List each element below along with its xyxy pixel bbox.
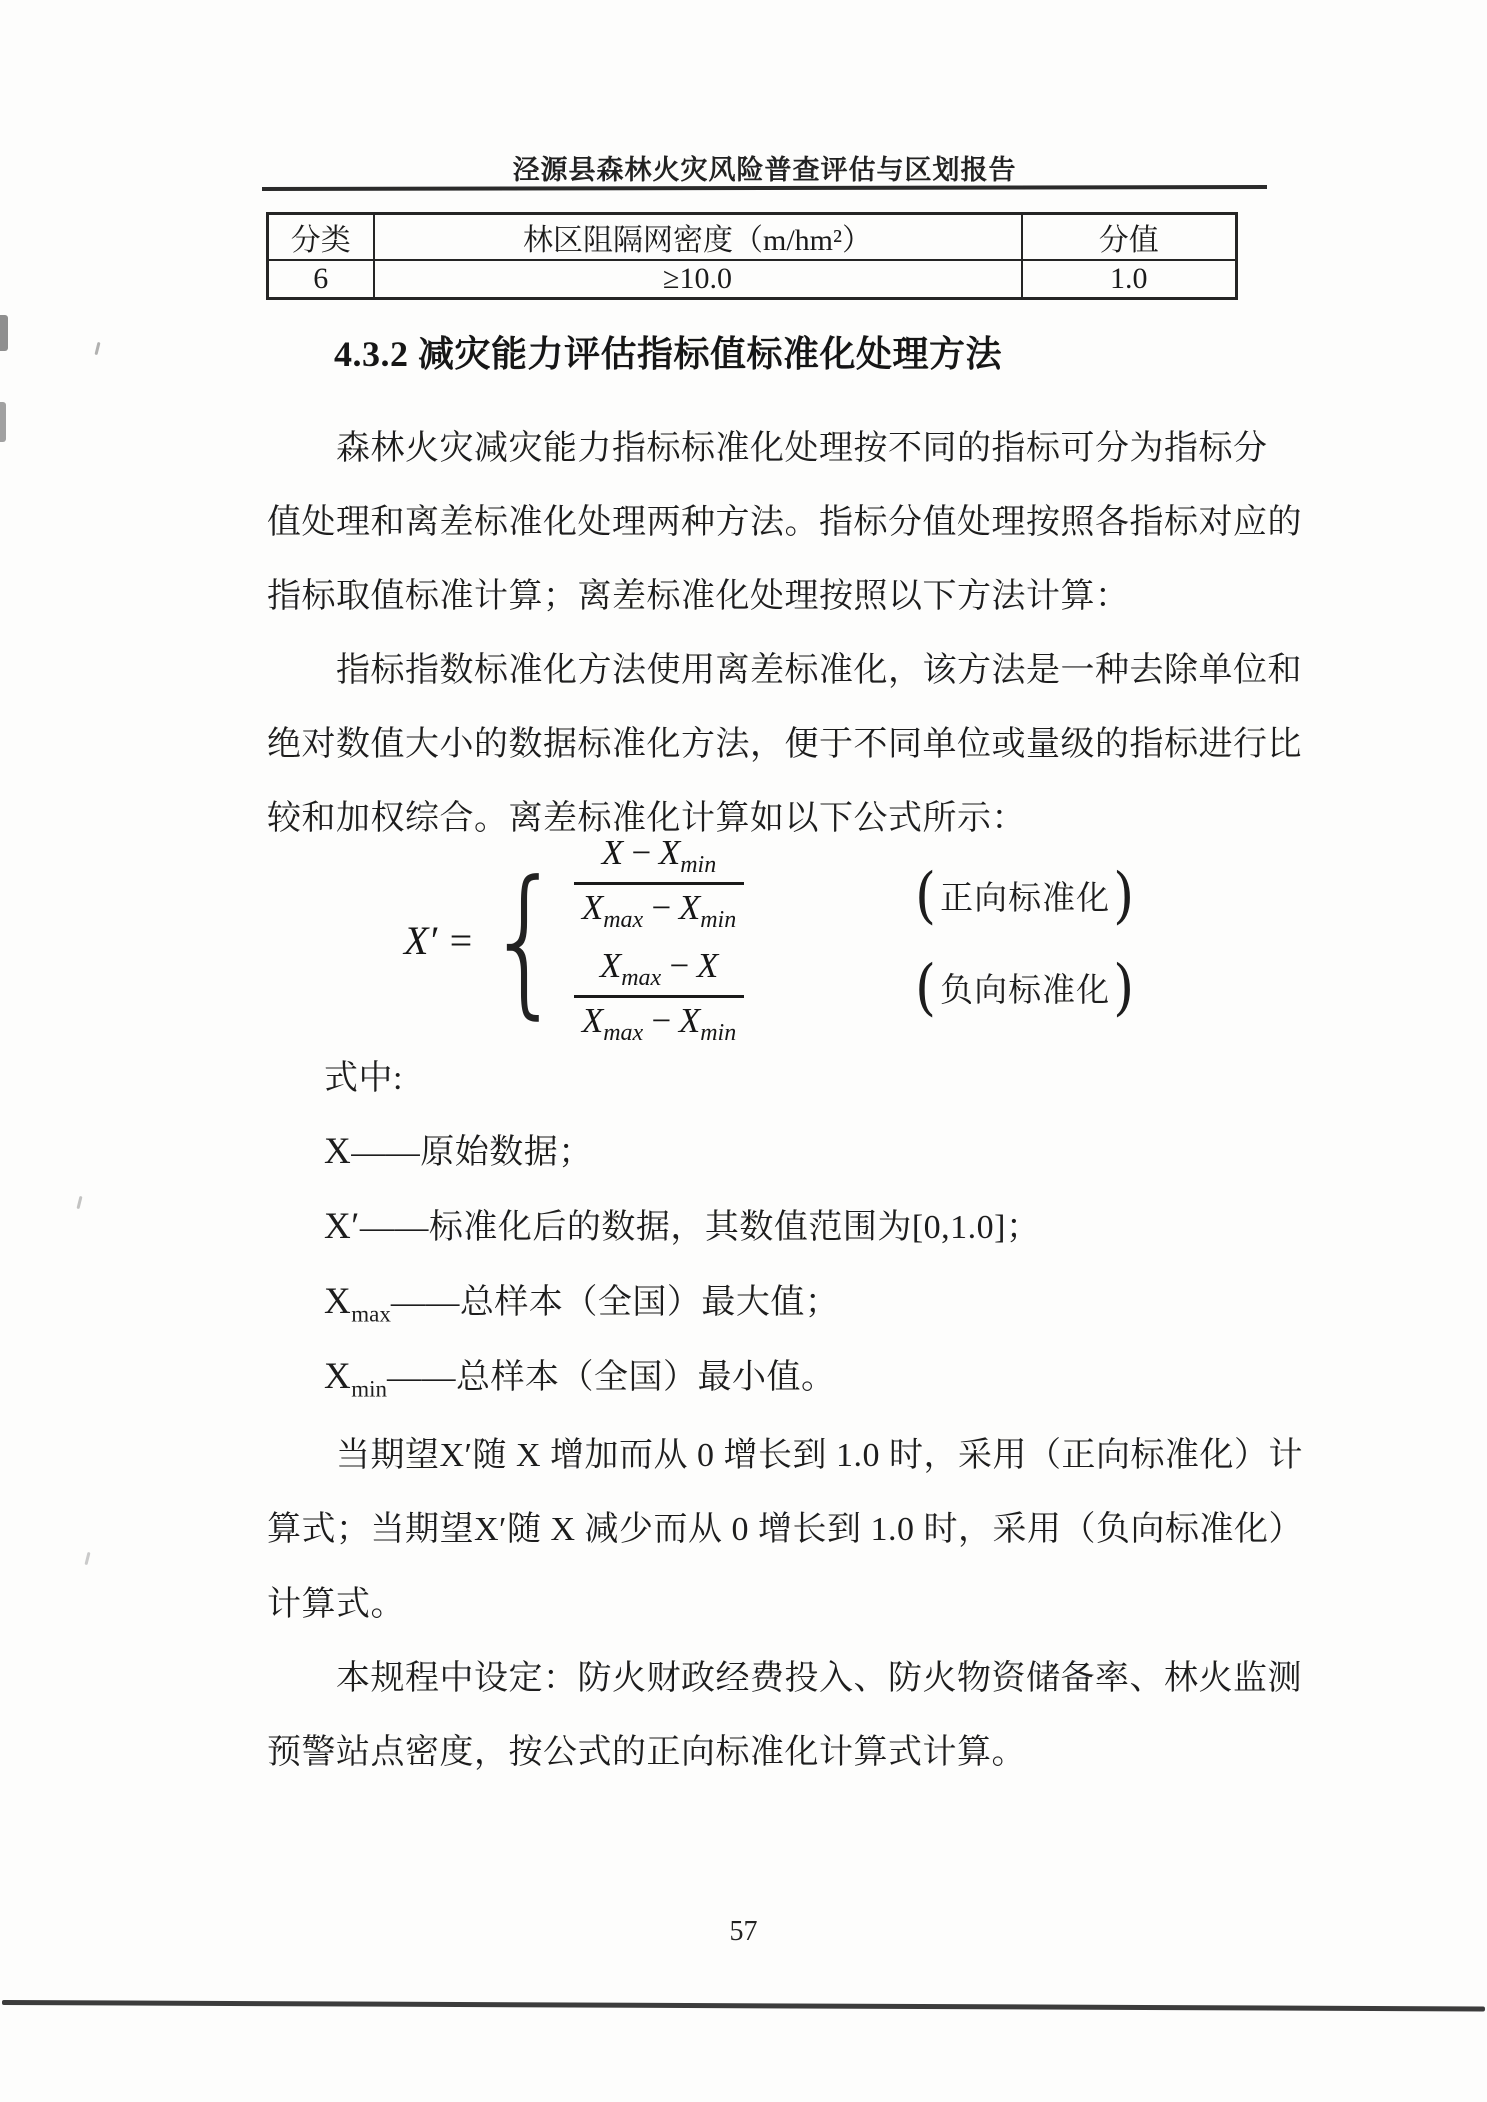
formula-lhs: X′ = [404,917,474,964]
section-heading: 4.3.2 减灾能力评估指标值标准化处理方法 [334,326,1002,377]
scan-speck-artifact [84,1552,90,1565]
standardization-formula: X′ = { X−Xmin Xmax−Xmin Xmax−X Xmax−Xmin [404,846,744,1034]
table-header-category: 分类 [268,214,374,261]
cell-density: ≥10.0 [374,260,1022,299]
paragraph-line: 当期望X′随 X 增加而从 0 增长到 1.0 时，采用（正向标准化）计 [336,1427,1303,1476]
scan-speck-artifact [76,1196,82,1209]
table-header-score: 分值 [1022,214,1237,261]
scan-edge-artifact [0,315,8,351]
negative-fraction: Xmax−X Xmax−Xmin [574,946,744,1047]
scan-edge-artifact [0,402,6,442]
bottom-scan-line [2,2000,1485,2011]
table-header-density: 林区阻隔网密度（m/hm²） [374,214,1022,261]
positive-numerator: X−Xmin [594,833,724,879]
paragraph-line: 较和加权综合。离差标准化计算如以下公式所示： [267,790,1026,839]
paragraph-line: 算式；当期望X′随 X 减少而从 0 增长到 1.0 时，采用（负向标准化） [267,1501,1303,1550]
open-paren: ( [912,952,940,1023]
paragraph-line: 绝对数值大小的数据标准化方法，便于不同单位或量级的指标进行比 [267,716,1302,765]
negative-numerator: Xmax−X [592,946,726,992]
paragraph-line: 本规程中设定：防火财政经费投入、防火物资储备率、林火监测 [336,1650,1302,1699]
where-clause: 式中: [324,1050,403,1099]
formula-cases: X−Xmin Xmax−Xmin Xmax−X Xmax−Xmin [574,833,744,1047]
positive-denominator: Xmax−Xmin [574,888,744,934]
cell-category: 6 [268,260,374,299]
paragraph-line: 预警站点密度，按公式的正向标准化计算式计算。 [267,1724,1026,1773]
cell-score: 1.0 [1022,260,1237,299]
negative-standardization-label: (负向标准化) [912,956,1138,1019]
paragraph-line: 指标指数标准化方法使用离差标准化，该方法是一种去除单位和 [336,642,1302,691]
table-row: 6 ≥10.0 1.0 [268,260,1237,299]
definition-line: Xmax——总样本（全国）最大值； [324,1274,839,1327]
open-paren: ( [912,860,940,931]
page-header-title: 泾源县森林火灾风险普查评估与区划报告 [263,148,1266,187]
definition-line: Xmin——总样本（全国）最小值。 [324,1349,836,1402]
paragraph-line: 值处理和离差标准化处理两种方法。指标分值处理按照各指标对应的 [267,494,1302,543]
fraction-bar [574,995,744,998]
close-paren: ) [1110,952,1138,1023]
positive-fraction: X−Xmin Xmax−Xmin [574,833,744,934]
formula-brace: { [486,859,564,1020]
definition-line: X′——标准化后的数据，其数值范围为[0,1.0]； [324,1199,1040,1252]
paragraph-line: 森林火灾减灾能力指标标准化处理按不同的指标可分为指标分 [336,420,1268,469]
paragraph-line: 计算式。 [267,1576,405,1625]
definition-line: X——原始数据； [324,1124,593,1177]
negative-denominator: Xmax−Xmin [574,1001,744,1047]
scan-speck-artifact [94,342,100,355]
page-number: 57 [0,1916,1487,1948]
positive-standardization-label: (正向标准化) [912,864,1138,927]
fraction-bar [574,882,744,885]
close-paren: ) [1110,860,1138,931]
score-table: 分类 林区阻隔网密度（m/hm²） 分值 6 ≥10.0 1.0 [266,212,1238,300]
table-header-row: 分类 林区阻隔网密度（m/hm²） 分值 [268,214,1237,261]
header-rule [262,185,1267,191]
paragraph-line: 指标取值标准计算；离差标准化处理按照以下方法计算： [267,568,1130,617]
document-page: 泾源县森林火灾风险普查评估与区划报告 分类 林区阻隔网密度（m/hm²） 分值 … [0,0,1487,2102]
